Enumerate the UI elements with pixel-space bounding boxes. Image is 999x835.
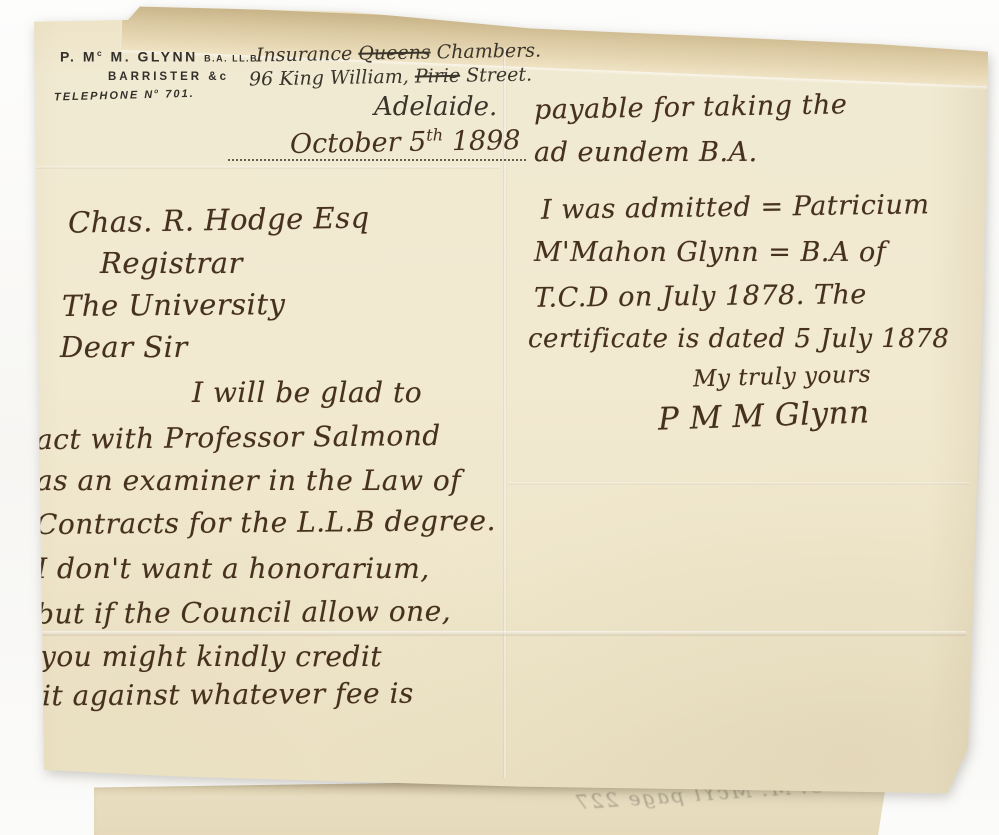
date-superscript: th (426, 125, 443, 144)
body-left-line: I will be glad to (192, 376, 422, 409)
date-part1: October 5 (290, 127, 427, 160)
signature: P M M Glynn (657, 394, 870, 437)
body-left-line: act with Professor Salmond (36, 419, 441, 456)
body-right-line: T.C.D on July 1878. The (534, 279, 867, 313)
body-left-line: it against whatever fee is (42, 677, 414, 713)
letterhead-barrister: BARRISTER &c (108, 71, 229, 83)
body-left-line: but if the Council allow one, (36, 595, 451, 631)
address-line-institution: The University (62, 287, 286, 323)
letter-paper: P. Mc M. GLYNN B.A. LL.B. BARRISTER &c T… (0, 0, 999, 835)
chambers-part1: Insurance (256, 43, 359, 67)
body-left-line: you might kindly credit (40, 640, 382, 673)
horizontal-fold-crease (20, 631, 966, 636)
letterhead-telephone: TELEPHONE No 701. (54, 87, 195, 103)
street-part1: 96 King William, (249, 66, 415, 91)
body-right-line: M'Mahon Glynn = B.A of (534, 237, 886, 268)
body-left-line: Contracts for the L.L.B degree. (36, 504, 496, 541)
date-dotted-rule: October 5th 1898 (228, 132, 526, 161)
scanned-letter-page: C. M. McYl page 227 P. Mc M. GLYNN B.A. … (0, 0, 999, 835)
body-left-line: as an examiner in the Law of (36, 464, 461, 497)
letterhead-name: P. Mc M. GLYNN B.A. LL.B. (60, 48, 262, 65)
letterhead-city: Adelaide. (374, 92, 497, 122)
body-right-line: I was admitted = Patricium (541, 189, 930, 225)
handwritten-date: October 5th 1898 (290, 124, 521, 160)
faint-crease-left (28, 166, 500, 169)
letter-paper-wrapper: P. Mc M. GLYNN B.A. LL.B. BARRISTER &c T… (0, 0, 999, 835)
letterhead-qualifications: B.A. LL.B. (204, 54, 262, 64)
salutation: Dear Sir (60, 330, 188, 364)
telephone-part2: 701. (160, 88, 195, 101)
body-right-line: payable for taking the (534, 89, 848, 125)
body-left-line: I don't want a honorarium, (36, 552, 430, 585)
telephone-part1: TELEPHONE N (54, 89, 155, 104)
body-right-line: certificate is dated 5 July 1878 (528, 324, 949, 354)
letterhead-name-part1: P. M (60, 49, 97, 65)
address-line-title: Registrar (100, 246, 243, 280)
letterhead-name-part2: M. GLYNN (104, 49, 198, 65)
date-part2: 1898 (443, 125, 521, 157)
chambers-part2: Chambers. (430, 40, 541, 64)
address-line-recipient: Chas. R. Hodge Esq (68, 200, 370, 239)
letterhead-street-line: 96 King William, Pirie Street. (249, 64, 532, 91)
valediction: My truly yours (693, 362, 872, 393)
faint-crease-right (508, 482, 970, 485)
body-right-line: ad eundem B.A. (534, 137, 758, 168)
street-struck-word: Pirie (415, 65, 461, 88)
street-part2: Street. (460, 64, 532, 87)
chambers-struck-word: Queens (358, 41, 431, 64)
